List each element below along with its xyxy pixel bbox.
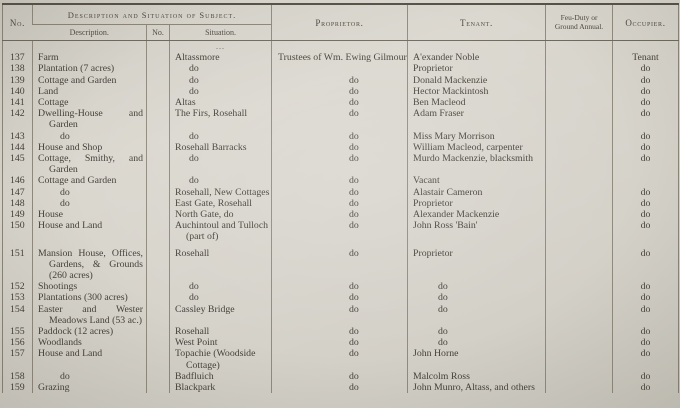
cell-no: 142	[3, 108, 33, 130]
cell-desc: Shootings	[33, 281, 147, 292]
cell-prop: do	[272, 175, 408, 186]
cell-text-prop: do	[276, 209, 407, 220]
cell-text-no: 156	[3, 337, 32, 348]
cell-no: 155	[3, 326, 33, 337]
cell-occ: do	[613, 371, 679, 382]
cell-feu	[546, 153, 613, 175]
cell-text-ten: do	[411, 292, 545, 303]
cell-text-desc: House and Land	[36, 348, 143, 359]
cell-ten: Proprietor	[408, 198, 546, 209]
cell-text-desc: do	[36, 371, 143, 382]
cell-occ: do	[613, 131, 679, 142]
cell-prop: do	[272, 198, 408, 209]
cell-text-sit: Rosehall	[173, 248, 271, 259]
cell-text-prop: do	[276, 131, 407, 142]
cell-text-prop: Trustees of Wm. Ewing Gilmour	[276, 52, 407, 63]
cell-desc: Farm	[33, 52, 147, 63]
cell-desc: House	[33, 209, 147, 220]
cell-no	[3, 41, 33, 53]
cell-num	[147, 75, 170, 86]
cell-text-sit: North Gate, do	[173, 209, 271, 220]
table-row: 153Plantations (300 acres)dodododo	[3, 292, 679, 303]
header-proprietor: Proprietor.	[272, 4, 408, 41]
cell-ten: Malcolm Ross	[408, 371, 546, 382]
cell-text-occ: do	[613, 220, 678, 231]
cell-ten: do	[408, 326, 546, 337]
cell-sit: Blackpark	[170, 382, 272, 393]
cell-sit: Altas	[170, 97, 272, 108]
cell-text-occ: do	[613, 198, 678, 209]
table-row: 156WoodlandsWest Pointdododo	[3, 337, 679, 348]
cell-text-desc: Cottage	[36, 97, 143, 108]
cell-num	[147, 142, 170, 153]
cell-text-ten: Vacant	[411, 175, 545, 186]
cell-num	[147, 63, 170, 74]
cell-text-ten: John Ross 'Bain'	[411, 220, 545, 231]
cell-occ: do	[613, 198, 679, 209]
cell-num	[147, 243, 170, 282]
cell-sit: do	[170, 75, 272, 86]
cell-desc: Mansion House, Offices, Gardens, & Groun…	[33, 243, 147, 282]
cell-num	[147, 97, 170, 108]
cell-occ: do	[613, 97, 679, 108]
cell-sit: Auchintoul and Tulloch (part of)	[170, 220, 272, 242]
cell-text-no: 144	[3, 142, 32, 153]
cell-sit: Rosehall	[170, 243, 272, 282]
cell-ten: Vacant	[408, 175, 546, 186]
cell-text-no: 155	[3, 326, 32, 337]
cell-text-prop: do	[276, 371, 407, 382]
cell-text-occ: do	[613, 187, 678, 198]
cell-text-ten: Miss Mary Morrison	[411, 131, 545, 142]
cell-prop: do	[272, 86, 408, 97]
cell-text-desc: Farm	[36, 52, 143, 63]
cell-text-ten: Alastair Cameron	[411, 187, 545, 198]
cell-text-no: 139	[3, 75, 32, 86]
cell-desc: Woodlands	[33, 337, 147, 348]
cell-occ: do	[613, 326, 679, 337]
cell-ten: William Macleod, carpenter	[408, 142, 546, 153]
cell-text-occ: do	[613, 382, 678, 393]
cell-occ: do	[613, 86, 679, 97]
cell-sit: Topachie (Woodside Cottage)	[170, 348, 272, 370]
table-row: 137FarmAltassmoreTrustees of Wm. Ewing G…	[3, 52, 679, 63]
cell-text-ten: Hector Mackintosh	[411, 86, 545, 97]
cell-text-sit: do	[173, 131, 271, 142]
table-row: 152Shootingsdodododo	[3, 281, 679, 292]
cell-feu	[546, 97, 613, 108]
cell-text-occ: do	[613, 97, 678, 108]
cell-sit: The Firs, Rosehall	[170, 108, 272, 130]
cell-occ: Tenant	[613, 52, 679, 63]
cell-occ: do	[613, 209, 679, 220]
cell-text-no: 141	[3, 97, 32, 108]
cell-text-no: 158	[3, 371, 32, 382]
cell-feu	[546, 86, 613, 97]
cell-ten: do	[408, 337, 546, 348]
cell-no: 141	[3, 97, 33, 108]
cell-text-desc: Dwelling-House and Garden	[36, 108, 143, 130]
cell-text-occ: do	[613, 304, 678, 315]
cell-text-desc: Cottage, Smithy, and Garden	[36, 153, 143, 175]
table-row: 142Dwelling-House and GardenThe Firs, Ro…	[3, 108, 679, 130]
cell-desc: Cottage and Garden	[33, 175, 147, 186]
cell-desc: Cottage and Garden	[33, 75, 147, 86]
cell-num	[147, 198, 170, 209]
cell-text-desc: Grazing	[36, 382, 143, 393]
cell-text-occ: do	[613, 248, 678, 259]
cell-prop: do	[272, 131, 408, 142]
cell-text-desc: Cottage and Garden	[36, 75, 143, 86]
cell-ten: A'exander Noble	[408, 52, 546, 63]
table-row: 151Mansion House, Offices, Gardens, & Gr…	[3, 243, 679, 282]
cell-text-no: 153	[3, 292, 32, 303]
cell-num	[147, 86, 170, 97]
cell-text-sit: do	[173, 281, 271, 292]
table-row: 157House and LandTopachie (Woodside Cott…	[3, 348, 679, 370]
cell-text-desc: Plantations (300 acres)	[36, 292, 143, 303]
cell-text-sit: East Gate, Rosehall	[173, 198, 271, 209]
cell-feu	[546, 63, 613, 74]
cell-text-occ: do	[613, 371, 678, 382]
cell-feu	[546, 304, 613, 326]
cell-num	[147, 304, 170, 326]
cell-desc: House and Land	[33, 348, 147, 370]
table-row: 139Cottage and GardendodoDonald Mackenzi…	[3, 75, 679, 86]
cell-text-sit: The Firs, Rosehall	[173, 108, 271, 119]
cell-feu	[546, 292, 613, 303]
cell-prop: do	[272, 304, 408, 326]
cell-sit: do	[170, 175, 272, 186]
cell-text-no: 143	[3, 131, 32, 142]
cell-desc: Land	[33, 86, 147, 97]
cell-num	[147, 131, 170, 142]
cell-text-occ: do	[613, 63, 678, 74]
cell-feu	[546, 187, 613, 198]
cell-text-ten: John Horne	[411, 348, 545, 359]
cell-text-occ: do	[613, 108, 678, 119]
cell-occ: do	[613, 63, 679, 74]
cell-no: 143	[3, 131, 33, 142]
cell-text-no: 140	[3, 86, 32, 97]
cell-num	[147, 326, 170, 337]
cell-text-desc: Paddock (12 acres)	[36, 326, 143, 337]
cell-text-ten: William Macleod, carpenter	[411, 142, 545, 153]
cell-no: 153	[3, 292, 33, 303]
print-artifact: ...	[170, 41, 272, 53]
cell-text-no: 157	[3, 348, 32, 359]
cell-text-occ: do	[613, 86, 678, 97]
cell-ten: do	[408, 304, 546, 326]
cell-no: 148	[3, 198, 33, 209]
cell-feu	[546, 198, 613, 209]
cell-prop: do	[272, 281, 408, 292]
cell-prop: do	[272, 108, 408, 130]
cell-feu	[546, 371, 613, 382]
cell-no: 145	[3, 153, 33, 175]
table-row: 144House and ShopRosehall BarracksdoWill…	[3, 142, 679, 153]
cell-occ: do	[613, 153, 679, 175]
cell-prop: do	[272, 326, 408, 337]
cell-text-ten: Malcolm Ross	[411, 371, 545, 382]
cell-num	[147, 175, 170, 186]
cell-text-prop: do	[276, 86, 407, 97]
cell-num	[147, 220, 170, 242]
cell-ten: Ben Macleod	[408, 97, 546, 108]
cell-text-sit: Badfluich	[173, 371, 271, 382]
cell-ten: Hector Mackintosh	[408, 86, 546, 97]
cell-feu	[546, 131, 613, 142]
cell-num	[147, 187, 170, 198]
header-description-group: Description and Situation of Subject.	[33, 4, 272, 25]
cell-text-sit: do	[173, 86, 271, 97]
cell-occ: do	[613, 337, 679, 348]
cell-text-prop: do	[276, 382, 407, 393]
cell-feu	[546, 220, 613, 242]
cell-text-ten: do	[411, 326, 545, 337]
cell-text-prop: do	[276, 304, 407, 315]
cell-feu	[546, 41, 613, 53]
cell-text-ten: Ben Macleod	[411, 97, 545, 108]
cell-desc: do	[33, 198, 147, 209]
cell-prop: do	[272, 292, 408, 303]
cell-text-sit: do	[173, 153, 271, 164]
cell-text-sit: Auchintoul and Tulloch (part of)	[173, 220, 271, 242]
cell-text-desc: House and Shop	[36, 142, 143, 153]
cell-text-desc: Woodlands	[36, 337, 143, 348]
cell-occ	[613, 41, 679, 53]
header-feu-line2: Ground Annual.	[555, 22, 603, 31]
cell-no: 157	[3, 348, 33, 370]
cell-num	[147, 281, 170, 292]
cell-feu	[546, 52, 613, 63]
cell-ten: Proprietor	[408, 63, 546, 74]
cell-text-occ: do	[613, 153, 678, 164]
cell-text-ten: Adam Fraser	[411, 108, 545, 119]
cell-text-prop: do	[276, 292, 407, 303]
cell-sit: East Gate, Rosehall	[170, 198, 272, 209]
spacer-row: ...	[3, 41, 679, 53]
cell-no: 139	[3, 75, 33, 86]
cell-text-no: 152	[3, 281, 32, 292]
cell-text-occ: do	[613, 209, 678, 220]
cell-desc: Paddock (12 acres)	[33, 326, 147, 337]
header-sub-no: No.	[147, 25, 170, 41]
cell-no: 147	[3, 187, 33, 198]
cell-no: 149	[3, 209, 33, 220]
cell-sit: Rosehall, New Cottages	[170, 187, 272, 198]
cell-num	[147, 52, 170, 63]
cell-text-occ: do	[613, 142, 678, 153]
cell-text-no: 146	[3, 175, 32, 186]
cell-text-prop: do	[276, 175, 407, 186]
cell-text-sit: West Point	[173, 337, 271, 348]
cell-ten: Proprietor	[408, 243, 546, 282]
cell-feu	[546, 142, 613, 153]
cell-prop: do	[272, 209, 408, 220]
cell-desc: Dwelling-House and Garden	[33, 108, 147, 130]
cell-num	[147, 348, 170, 370]
cell-text-occ: Tenant	[613, 52, 678, 63]
cell-text-ten: do	[411, 281, 545, 292]
cell-text-prop: do	[276, 337, 407, 348]
cell-desc: Plantations (300 acres)	[33, 292, 147, 303]
cell-num	[147, 153, 170, 175]
cell-ten	[408, 41, 546, 53]
cell-text-no: 149	[3, 209, 32, 220]
cell-text-ten: Proprietor	[411, 63, 545, 74]
cell-text-ten: Proprietor	[411, 248, 545, 259]
cell-text-occ: do	[613, 326, 678, 337]
cell-no: 156	[3, 337, 33, 348]
cell-no: 138	[3, 63, 33, 74]
table-header: No. Description and Situation of Subject…	[3, 4, 679, 41]
cell-ten: John Munro, Altass, and others	[408, 382, 546, 393]
cell-no: 154	[3, 304, 33, 326]
cell-desc: Plantation (7 acres)	[33, 63, 147, 74]
cell-prop: do	[272, 348, 408, 370]
cell-text-no: 145	[3, 153, 32, 164]
header-feu-duty: Feu-Duty or Ground Annual.	[546, 4, 613, 41]
cell-text-desc: House and Land	[36, 220, 143, 231]
cell-text-prop: do	[276, 248, 407, 259]
cell-sit: do	[170, 153, 272, 175]
cell-prop: do	[272, 153, 408, 175]
cell-prop: do	[272, 382, 408, 393]
cell-text-no: 148	[3, 198, 32, 209]
table-row: 149HouseNorth Gate, dodoAlexander Macken…	[3, 209, 679, 220]
cell-text-ten: Murdo Mackenzie, blacksmith	[411, 153, 545, 164]
cell-num	[147, 108, 170, 130]
cell-num	[147, 382, 170, 393]
cell-text-desc: do	[36, 198, 143, 209]
cell-text-no: 159	[3, 382, 32, 393]
cell-no: 144	[3, 142, 33, 153]
cell-sit: do	[170, 131, 272, 142]
cell-sit: Badfluich	[170, 371, 272, 382]
cell-text-desc: do	[36, 131, 143, 142]
cell-num	[147, 337, 170, 348]
table-row: 140LanddodoHector Mackintoshdo	[3, 86, 679, 97]
cell-no: 159	[3, 382, 33, 393]
cell-num	[147, 292, 170, 303]
cell-text-desc: Easter and Wester Meadows Land (53 ac.)	[36, 304, 143, 326]
cell-text-sit: Rosehall	[173, 326, 271, 337]
cell-ten: do	[408, 292, 546, 303]
cell-text-desc: House	[36, 209, 143, 220]
table-row: 141CottageAltasdoBen Macleoddo	[3, 97, 679, 108]
cell-no: 158	[3, 371, 33, 382]
cell-ten: Alastair Cameron	[408, 187, 546, 198]
cell-text-sit: Altassmore	[173, 52, 271, 63]
cell-feu	[546, 281, 613, 292]
cell-text-no: 147	[3, 187, 32, 198]
cell-text-prop: do	[276, 75, 407, 86]
cell-text-desc: Plantation (7 acres)	[36, 63, 143, 74]
cell-occ: do	[613, 108, 679, 130]
cell-num	[147, 371, 170, 382]
header-sub-description: Description.	[33, 25, 147, 41]
cell-prop: do	[272, 97, 408, 108]
cell-sit: Cassley Bridge	[170, 304, 272, 326]
cell-feu	[546, 175, 613, 186]
cell-num	[147, 41, 170, 53]
cell-text-ten: do	[411, 337, 545, 348]
cell-text-occ: do	[613, 75, 678, 86]
cell-occ: do	[613, 281, 679, 292]
cell-desc: do	[33, 371, 147, 382]
cell-occ: do	[613, 348, 679, 370]
cell-text-no: 150	[3, 220, 32, 231]
cell-text-sit: Rosehall, New Cottages	[173, 187, 271, 198]
cell-no: 152	[3, 281, 33, 292]
cell-occ	[613, 175, 679, 186]
cell-desc: Grazing	[33, 382, 147, 393]
cell-ten: John Ross 'Bain'	[408, 220, 546, 242]
cell-feu	[546, 348, 613, 370]
cell-sit: do	[170, 86, 272, 97]
cell-feu	[546, 382, 613, 393]
cell-desc: Cottage, Smithy, and Garden	[33, 153, 147, 175]
table-row: 148doEast Gate, RosehalldoProprietordo	[3, 198, 679, 209]
cell-sit: North Gate, do	[170, 209, 272, 220]
table-row: 158doBadfluichdoMalcolm Rossdo	[3, 371, 679, 382]
cell-prop: Trustees of Wm. Ewing Gilmour	[272, 52, 408, 63]
cell-text-prop: do	[276, 281, 407, 292]
cell-prop: do	[272, 187, 408, 198]
cell-text-desc: Cottage and Garden	[36, 175, 143, 186]
cell-text-ten: A'exander Noble	[411, 52, 545, 63]
table-row: 147doRosehall, New CottagesdoAlastair Ca…	[3, 187, 679, 198]
cell-ten: Alexander Mackenzie	[408, 209, 546, 220]
cell-occ: do	[613, 304, 679, 326]
cell-feu	[546, 75, 613, 86]
cell-feu	[546, 243, 613, 282]
cell-prop	[272, 63, 408, 74]
cell-text-desc: Land	[36, 86, 143, 97]
cell-desc: do	[33, 131, 147, 142]
cell-text-sit: Cassley Bridge	[173, 304, 271, 315]
valuation-table: No. Description and Situation of Subject…	[2, 3, 679, 393]
cell-text-ten: do	[411, 304, 545, 315]
cell-text-desc: do	[36, 187, 143, 198]
cell-text-no: 154	[3, 304, 32, 315]
header-occupier: Occupier.	[613, 4, 679, 41]
cell-prop: do	[272, 142, 408, 153]
cell-ten: Miss Mary Morrison	[408, 131, 546, 142]
cell-text-sit: do	[173, 175, 271, 186]
cell-occ: do	[613, 75, 679, 86]
cell-text-sit: do	[173, 292, 271, 303]
table-row: 146Cottage and GardendodoVacant	[3, 175, 679, 186]
cell-text-prop: do	[276, 97, 407, 108]
cell-text-occ: do	[613, 337, 678, 348]
cell-sit: Rosehall	[170, 326, 272, 337]
cell-feu	[546, 326, 613, 337]
table-row: 154Easter and Wester Meadows Land (53 ac…	[3, 304, 679, 326]
cell-num	[147, 209, 170, 220]
cell-prop: do	[272, 337, 408, 348]
table-row: 150House and LandAuchintoul and Tulloch …	[3, 220, 679, 242]
cell-occ: do	[613, 187, 679, 198]
cell-occ: do	[613, 292, 679, 303]
cell-text-prop: do	[276, 220, 407, 231]
cell-text-prop: do	[276, 348, 407, 359]
cell-text-desc: Shootings	[36, 281, 143, 292]
cell-text-sit: do	[173, 75, 271, 86]
cell-sit: Rosehall Barracks	[170, 142, 272, 153]
cell-text-sit: do	[173, 63, 271, 74]
